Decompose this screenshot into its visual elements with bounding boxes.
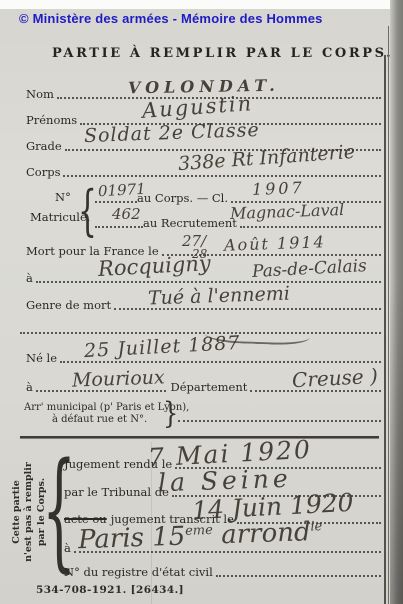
ne-lieu-label: à [26,382,33,394]
departement-value: Creuse ) [292,366,379,390]
classe-value: 1907 [252,180,305,198]
tribunal-value: la Seine [158,466,292,496]
lieu-main: Paris 15 [78,522,186,556]
lieu-sup-eme: eme [185,523,213,539]
matricule-corps-number: 01971 [98,182,146,199]
form-title: PARTIE À REMPLIR PAR LE CORPS. [52,46,357,61]
mort-le-month-year: Août 1914 [224,234,326,254]
dotted-line [178,420,381,422]
tribunal-label: par le Tribunal de [64,487,169,499]
page-edge-line [384,55,386,604]
au-corps-label: au Corps. — Cl. [137,193,228,205]
ne-lieu-value: Mourioux [72,368,165,390]
arr-municipal-brace: } [163,399,178,429]
ne-le-label: Né le [26,353,57,365]
dotted-line [95,201,137,203]
top-white-strip [0,0,403,9]
dotted-line [63,175,381,177]
grade-label: Grade [26,141,62,153]
corps-label: Corps [26,167,60,179]
side-note-line2: n'est pas à remplir [23,462,34,562]
side-note-line1: Cette partie [11,480,22,544]
genre-mort-label: Genre de mort [26,300,111,312]
copyright-credit: © Ministère des armées - Mémoire des Hom… [19,11,323,26]
genre-mort-value: Tué à l'ennemi [148,285,290,309]
mort-lieu-label: à [26,273,33,285]
recrutement-place: Magnac-Laval [230,202,345,222]
page-edge-shadow [390,280,403,604]
recrutement-number: 462 [112,207,141,222]
empty-line [20,321,381,335]
au-recrutement-label: au Recrutement [143,218,237,230]
printer-imprint: 534-708-1921. [26434.] [36,584,184,596]
dotted-line [240,226,381,228]
nom-label: Nom [26,89,54,101]
dotted-line [216,575,381,577]
transcrit-lieu-label: à [64,543,71,555]
dotted-line [36,281,381,283]
dotted-line [60,361,381,363]
departement-label: Département [170,382,247,394]
arr-municipal-line [178,409,381,423]
transcrit-label-struck: acte ou [64,514,107,526]
dotted-line [95,226,143,228]
scanned-record-page: © Ministère des armées - Mémoire des Hom… [0,0,403,604]
lieu-sup-ie: ie [310,519,322,534]
prenoms-label: Prénoms [26,115,77,127]
field-registre: N° du registre d'état civil [64,564,381,578]
arr-municipal-label-2: à défaut rue et N°. [52,414,147,425]
lieu-mid: arrond [212,517,311,550]
mort-lieu-city: Rocquigny [98,253,212,280]
registre-label: N° du registre d'état civil [64,567,213,579]
mort-le-day: 27/ 28 [182,234,206,249]
matricule-no-label: N° [55,190,71,204]
page-edge-line-outer [388,26,389,604]
